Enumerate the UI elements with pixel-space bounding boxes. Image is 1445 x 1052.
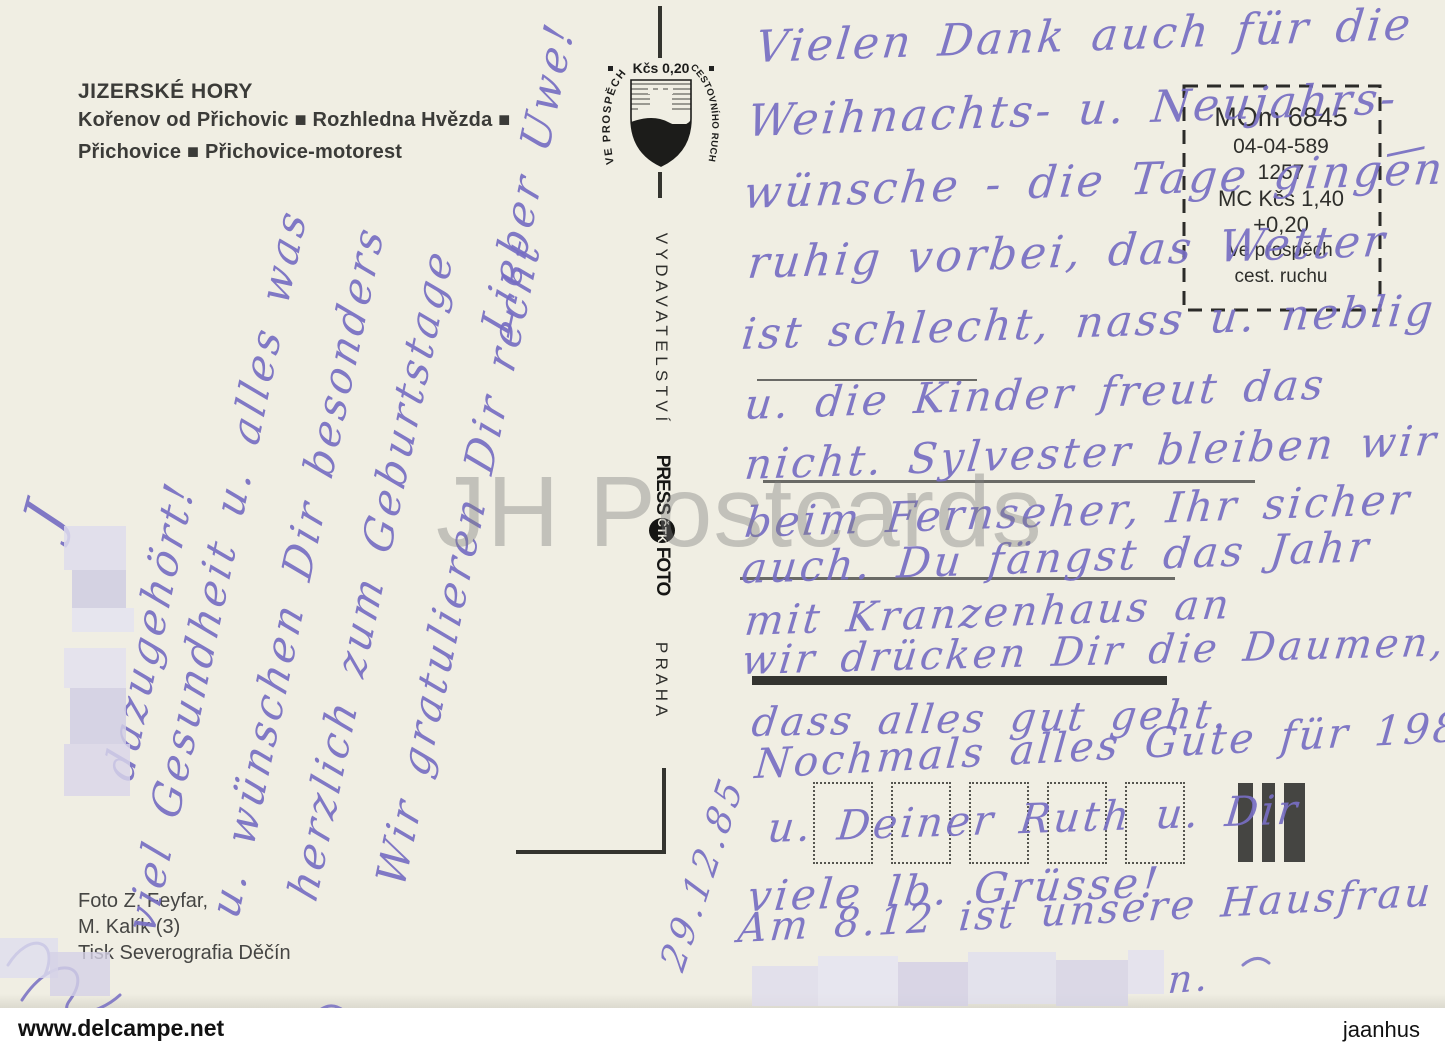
censor-mosaic-left2 xyxy=(56,648,136,796)
censor-mosaic-left xyxy=(58,526,132,632)
delcampe-url: www.delcampe.net xyxy=(18,1015,224,1042)
censor-mosaic-bottom-left xyxy=(0,932,116,1006)
footer-strip: www.delcampe.net jaanhus xyxy=(0,1008,1445,1052)
censor-mosaic-bottom-right xyxy=(752,948,1164,1008)
seller-name: jaanhus xyxy=(1343,1017,1420,1043)
watermark-text: JH Postcards xyxy=(436,455,1043,570)
postcard-back: JIZERSKÉ HORY Kořenov od Přichovic ■ Roz… xyxy=(0,0,1445,1008)
